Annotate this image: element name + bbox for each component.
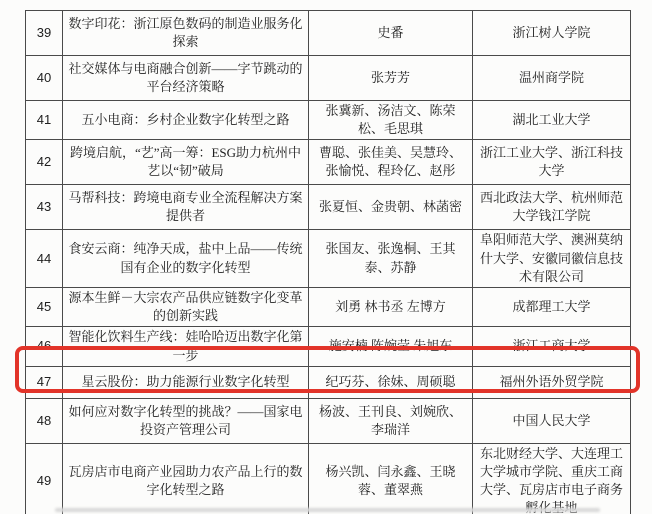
table-row: 39 数字印花：浙江原色数码的制造业服务化探索 史番 浙江树人学院	[26, 11, 631, 56]
cell-number: 48	[26, 398, 63, 443]
cell-institution: 中国人民大学	[473, 398, 631, 443]
cell-title: 五小电商：乡村企业数字化转型之路	[63, 101, 309, 140]
cell-number: 47	[26, 366, 63, 398]
cell-title: 如何应对数字化转型的挑战？——国家电投资产管理公司	[63, 398, 309, 443]
cell-title: 跨境启航，“艺”高一筹：ESG助力杭州中艺以“韧”破局	[63, 140, 309, 185]
award-list-table: 39 数字印花：浙江原色数码的制造业服务化探索 史番 浙江树人学院 40 社交媒…	[25, 10, 631, 514]
cell-institution: 湖北工业大学	[473, 101, 631, 140]
cell-institution: 东北财经大学、大连理工大学城市学院、重庆工商大学、瓦房店市电子商务孵化基地	[473, 443, 631, 514]
cell-institution: 浙江树人学院	[473, 11, 631, 56]
table-row: 41 五小电商：乡村企业数字化转型之路 张冀新、汤洁文、陈荣松、毛思琪 湖北工业…	[26, 101, 631, 140]
cell-authors: 刘勇 林书丞 左博方	[309, 287, 473, 326]
cell-number: 39	[26, 11, 63, 56]
cell-title: 食安云商：纯净天成，盐中上品——传统国有企业的数字化转型	[63, 230, 309, 288]
cell-number: 49	[26, 443, 63, 514]
cell-number: 46	[26, 327, 63, 366]
cell-institution: 阜阳师范大学、澳洲莫纳什大学、安徽同徽信息技术有限公司	[473, 230, 631, 288]
cell-title: 马帮科技：跨境电商专业全流程解决方案提供者	[63, 185, 309, 230]
cell-number: 44	[26, 230, 63, 288]
cell-title: 星云股份：助力能源行业数字化转型	[63, 366, 309, 398]
cell-authors: 张冀新、汤洁文、陈荣松、毛思琪	[309, 101, 473, 140]
cell-authors: 张夏恒、金贵朝、林菡密	[309, 185, 473, 230]
cell-institution: 西北政法大学、杭州师范大学钱江学院	[473, 185, 631, 230]
table-row: 46 智能化饮料生产线：娃哈哈迈出数字化第一步 施安楠 陈婉莹 朱旭东 浙江工商…	[26, 327, 631, 366]
cell-institution: 福州外语外贸学院	[473, 366, 631, 398]
table-row: 49 瓦房店市电商产业园助力农产品上行的数字化转型之路 杨兴凯、闫永鑫、王晓蓉、…	[26, 443, 631, 514]
cell-authors: 曹聪、张佳美、吴慧玲、张愉悦、程玲亿、赵彤	[309, 140, 473, 185]
table-row: 42 跨境启航，“艺”高一筹：ESG助力杭州中艺以“韧”破局 曹聪、张佳美、吴慧…	[26, 140, 631, 185]
cell-institution: 成都理工大学	[473, 287, 631, 326]
cell-title: 社交媒体与电商融合创新——字节跳动的平台经济策略	[63, 56, 309, 101]
table-row: 44 食安云商：纯净天成，盐中上品——传统国有企业的数字化转型 张国友、张逸桐、…	[26, 230, 631, 288]
cell-institution: 浙江工业大学、浙江科技大学	[473, 140, 631, 185]
cell-number: 40	[26, 56, 63, 101]
cell-institution: 浙江工商大学	[473, 327, 631, 366]
cell-institution: 温州商学院	[473, 56, 631, 101]
cell-title: 瓦房店市电商产业园助力农产品上行的数字化转型之路	[63, 443, 309, 514]
cell-title: 智能化饮料生产线：娃哈哈迈出数字化第一步	[63, 327, 309, 366]
table-row: 40 社交媒体与电商融合创新——字节跳动的平台经济策略 张芳芳 温州商学院	[26, 56, 631, 101]
cell-number: 45	[26, 287, 63, 326]
cell-number: 41	[26, 101, 63, 140]
cell-title: 数字印花：浙江原色数码的制造业服务化探索	[63, 11, 309, 56]
cell-authors: 杨波、王刊良、刘婉欣、李瑞洋	[309, 398, 473, 443]
cell-title: 源本生鲜－大宗农产品供应链数字化变革的创新实践	[63, 287, 309, 326]
cell-authors: 施安楠 陈婉莹 朱旭东	[309, 327, 473, 366]
table-row: 45 源本生鲜－大宗农产品供应链数字化变革的创新实践 刘勇 林书丞 左博方 成都…	[26, 287, 631, 326]
table-row-highlighted: 47 星云股份：助力能源行业数字化转型 纪巧芬、徐妹、周硕聪 福州外语外贸学院	[26, 366, 631, 398]
cell-authors: 张国友、张逸桐、王其泰、苏静	[309, 230, 473, 288]
cell-authors: 张芳芳	[309, 56, 473, 101]
cell-authors: 史番	[309, 11, 473, 56]
table-row: 48 如何应对数字化转型的挑战？——国家电投资产管理公司 杨波、王刊良、刘婉欣、…	[26, 398, 631, 443]
document-page: 39 数字印花：浙江原色数码的制造业服务化探索 史番 浙江树人学院 40 社交媒…	[25, 10, 630, 514]
table-row: 43 马帮科技：跨境电商专业全流程解决方案提供者 张夏恒、金贵朝、林菡密 西北政…	[26, 185, 631, 230]
photo-edge-shadow	[55, 508, 600, 512]
cell-authors: 杨兴凯、闫永鑫、王晓蓉、董翠燕	[309, 443, 473, 514]
cell-authors: 纪巧芬、徐妹、周硕聪	[309, 366, 473, 398]
cell-number: 42	[26, 140, 63, 185]
cell-number: 43	[26, 185, 63, 230]
